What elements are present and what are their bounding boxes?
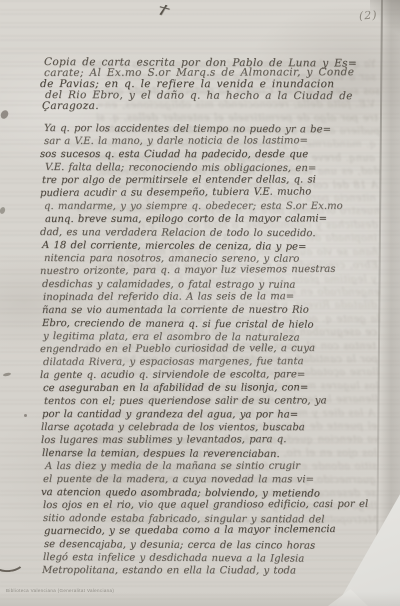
body-line: los lugares mas sublimes y levantados, p… (41, 433, 380, 447)
body-line: inopinada del referido dia. A las seis d… (43, 290, 380, 304)
body-line: sos sucesos q. esta Ciudad ha padecido, … (40, 148, 380, 161)
body-line: dilatada Rivera, y espaciosas margenes, … (43, 355, 380, 369)
body-line: los ojos en el rio, vio que aquel grandi… (43, 498, 380, 512)
letter-heading: Copia de carta escrita por don Pablo de … (40, 57, 376, 112)
letter-body: Ya q. por los accidentes del tiempo no p… (40, 122, 380, 577)
body-line: el puente de la madera, a cuya novedad l… (43, 473, 380, 486)
body-line: ñana se vio aumentada la corriente de nu… (42, 303, 380, 317)
body-line: guarnecido, y se quedaba como a la mayor… (44, 523, 380, 538)
body-line: por la cantidad y grandeza del agua, ya … (42, 408, 380, 422)
body-line: ce aseguraban en la afabilidad de su lis… (43, 381, 380, 395)
ink-smudge (24, 414, 27, 417)
bottom-edge-shadow (0, 592, 400, 606)
body-line: dad, es una verdadera Relacion de todo l… (40, 226, 380, 240)
body-line: la gente q. acudio q. sirviendole de esc… (40, 368, 380, 382)
body-line: A las diez y media de la mañana se sinti… (45, 460, 380, 473)
cross-mark: † (156, 2, 170, 19)
body-line: q. mandarme, y yo siempre q. obedecer; e… (44, 200, 380, 213)
body-line: pudiera acudir a su desempeño, tubiera V… (40, 185, 380, 200)
body-line: engendrado en el Pueblo curiosidad de ve… (40, 342, 380, 356)
body-line: tentos con el; pues queriendose salir de… (44, 394, 380, 408)
body-line: sar a V.E. la mano, y darle noticia de l… (44, 134, 380, 148)
body-line: aunq. breve suma, epilogo corto de la ma… (44, 212, 380, 226)
corner-shadow (370, 0, 400, 36)
manuscript-scan: Ya q. por los accidentes del tiempo no p… (0, 0, 400, 606)
body-line: Metropolitana, estando en ella la Ciudad… (42, 564, 380, 578)
body-line: nuestro orizonte, para q. a mayor luz vi… (40, 262, 380, 278)
heading-line: Çaragoza. (42, 100, 376, 112)
library-watermark: Biblioteca Valenciana (Generalitat Valen… (6, 588, 114, 593)
